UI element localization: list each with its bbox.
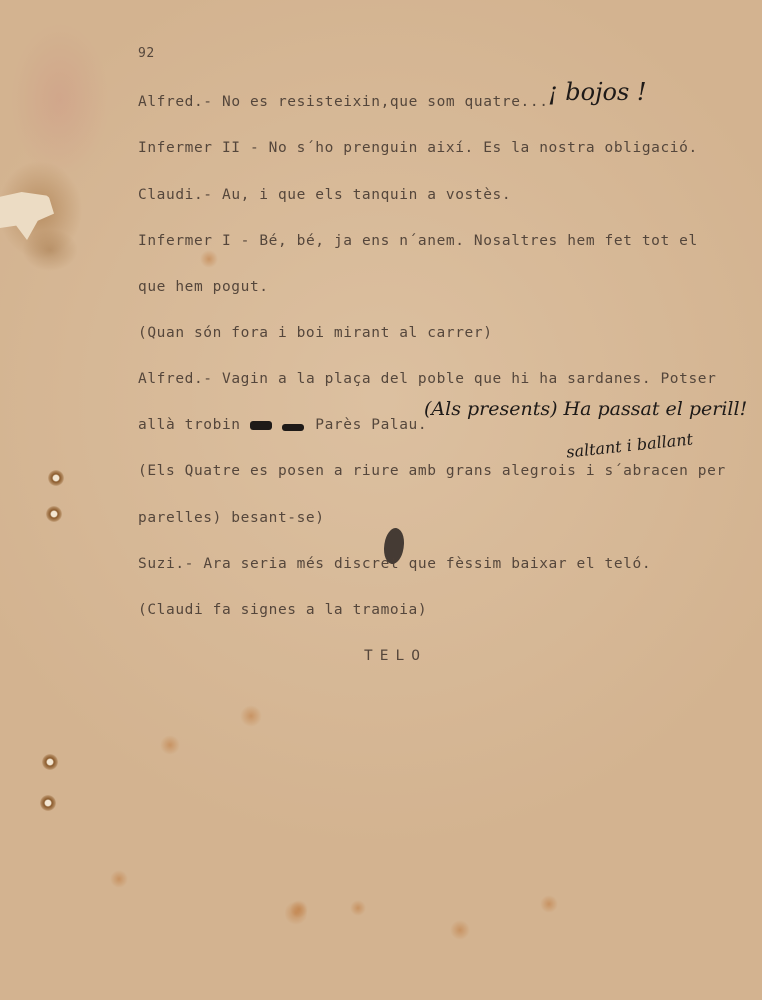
dialogue-line: Suzi.- Ara seria més discret que fèssim … [138, 556, 651, 572]
handwritten-note: (Als presents) Ha passat el perill! [424, 398, 747, 420]
foxing-spot [450, 920, 470, 940]
handwritten-insertion: saltant i ballant [565, 429, 693, 461]
speaker: Alfred.- [138, 94, 213, 110]
punch-hole [40, 795, 56, 811]
dialogue-line: Infermer I - Bé, bé, ja ens n´anem. Nosa… [138, 233, 698, 249]
torn-paper-patch [0, 192, 54, 240]
curtain-heading: TELO [364, 648, 427, 664]
punch-hole [46, 506, 62, 522]
stage-direction: (Claudi fa signes a la tramoia) [138, 602, 427, 618]
dialogue-line: Alfred.- Vagin a la plaça del poble que … [138, 371, 716, 387]
typewritten-page: 92 Alfred.- No es resisteixin,que som qu… [0, 0, 762, 1000]
speaker: Claudi.- [138, 187, 213, 203]
foxing-spot [350, 900, 366, 916]
foxing-spot [540, 895, 558, 913]
foxing-spot [200, 250, 218, 268]
dialogue-line: que hem pogut. [138, 279, 269, 295]
line-text: No es resisteixin,que som quatre... [222, 94, 558, 110]
struck-out-text [250, 421, 272, 430]
dialogue-line: Infermer II - No s´ho prenguin així. Es … [138, 140, 698, 156]
dialogue-line: Claudi.- Au, i que els tanquin a vostès. [138, 187, 511, 203]
stage-direction: (Quan són fora i boi mirant al carrer) [138, 325, 493, 341]
dialogue-line: Alfred.- No es resisteixin,que som quatr… [138, 94, 558, 110]
speaker: Suzi.- [138, 556, 194, 572]
line-text: Vagin a la plaça del poble que hi ha sar… [222, 371, 716, 387]
foxing-spot [240, 705, 262, 727]
stage-direction: parelles) besant-se) [138, 510, 325, 526]
line-text: Au, i que els tanquin a vostès. [222, 187, 511, 203]
line-text: Ara seria més discret que fèssim baixar … [203, 556, 651, 572]
punch-hole [48, 470, 64, 486]
speaker: Infermer I - [138, 233, 250, 249]
struck-out-text [282, 424, 304, 431]
speaker: Alfred.- [138, 371, 213, 387]
speaker: Infermer II - [138, 140, 259, 156]
handwritten-note: ¡ bojos ! [548, 78, 647, 106]
foxing-spot [160, 735, 180, 755]
foxing-spot [290, 900, 308, 918]
foxing-spot [110, 870, 128, 888]
line-text: Bé, bé, ja ens n´anem. Nosaltres hem fet… [259, 233, 698, 249]
page-number: 92 [138, 46, 155, 61]
line-text: No s´ho prenguin així. Es la nostra obli… [259, 140, 698, 156]
punch-hole [42, 754, 58, 770]
stage-direction: (Els Quatre es posen a riure amb grans a… [138, 463, 726, 479]
